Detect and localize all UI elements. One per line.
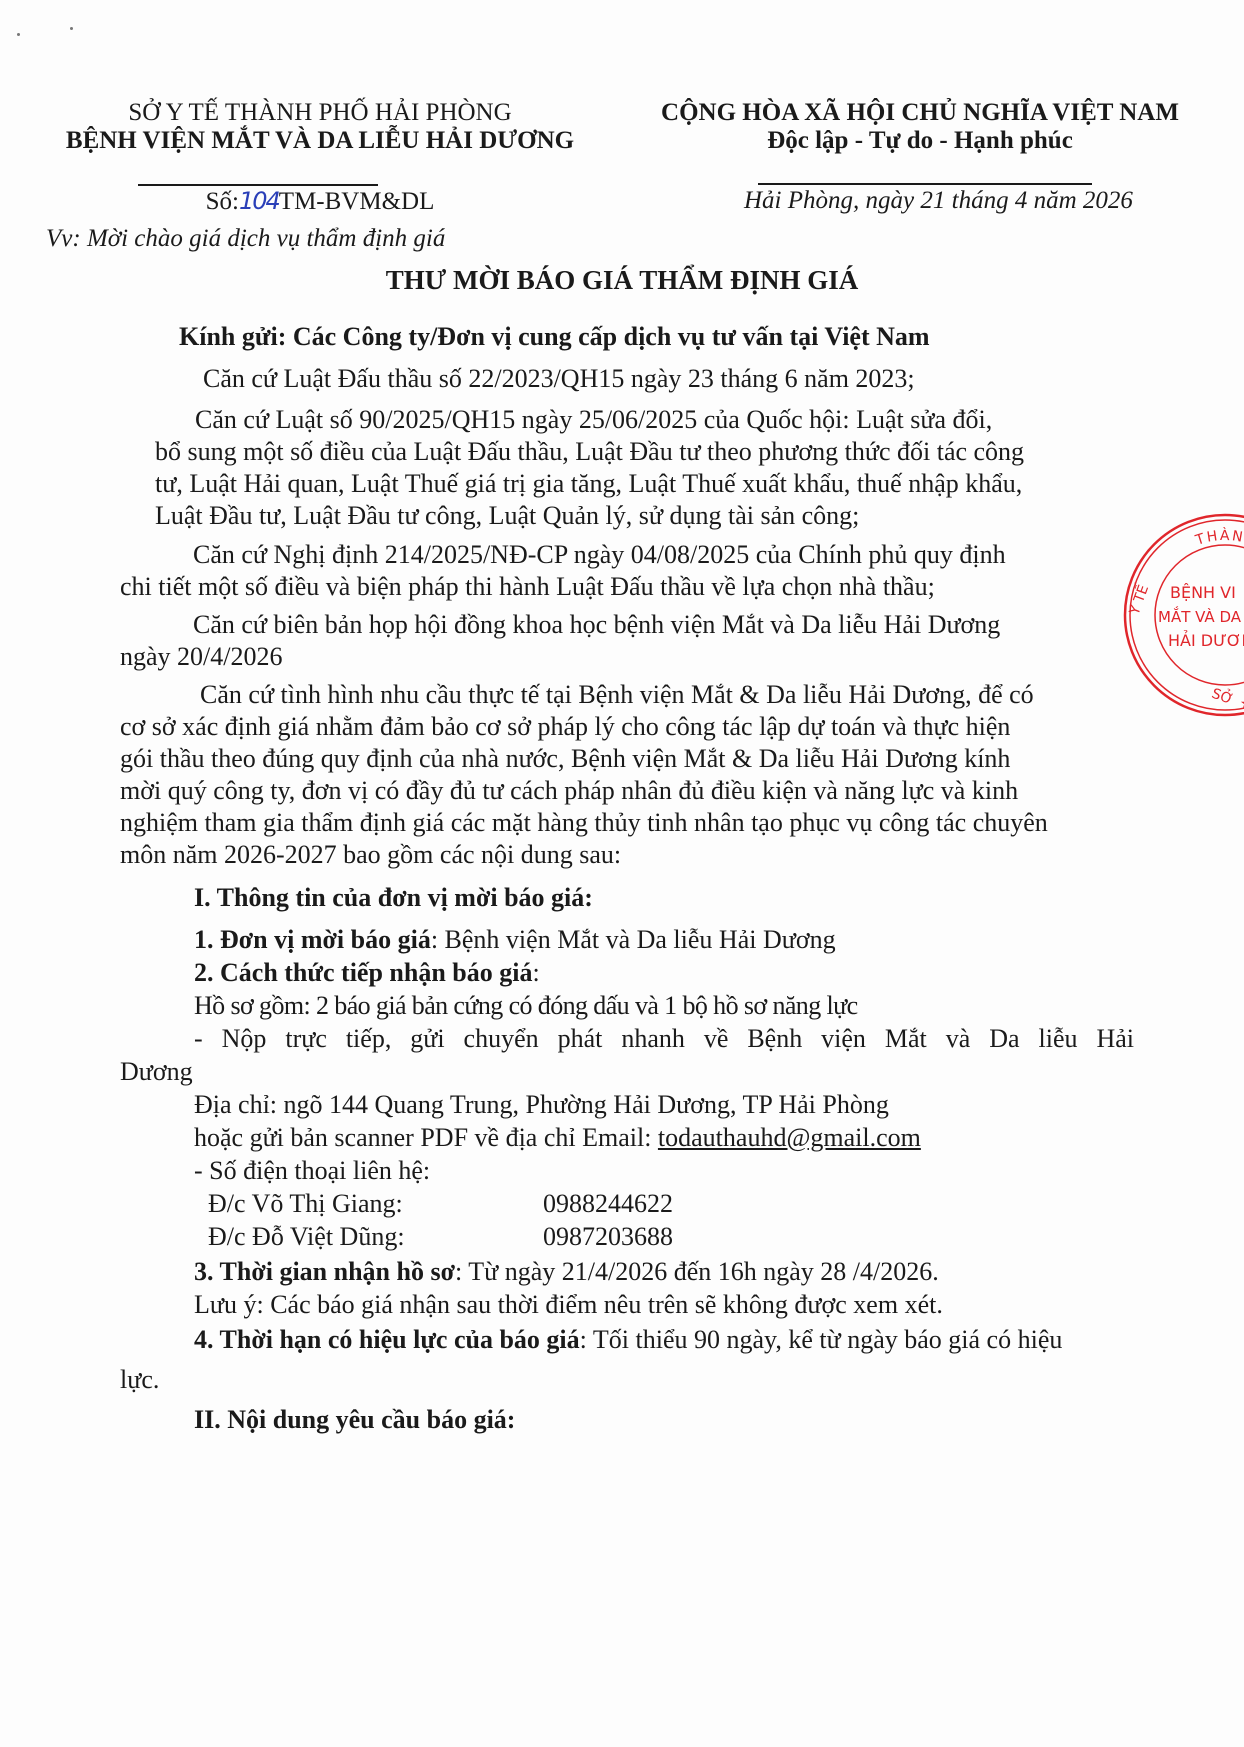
doc-number-handwritten: 104 — [239, 187, 279, 215]
email-prefix: hoặc gửi bản scanner PDF về địa chỉ Emai… — [194, 1123, 658, 1152]
legal-basis-4-line-2: ngày 20/4/2026 — [120, 642, 283, 672]
item-2-receiving-method: 2. Cách thức tiếp nhận báo giá: — [194, 958, 540, 988]
stamp-center-line-3: HẢI DƯƠI — [1168, 630, 1244, 650]
item-2-label: 2. Cách thức tiếp nhận báo giá — [194, 958, 532, 987]
legal-basis-4-line-1: Căn cứ biên bản họp hội đồng khoa học bệ… — [193, 610, 1000, 640]
legal-basis-5-line-1: Căn cứ tình hình nhu cầu thực tế tại Bện… — [200, 680, 1034, 710]
item-1-inviting-unit: 1. Đơn vị mời báo giá: Bệnh viện Mắt và … — [194, 925, 836, 955]
section-2-heading: II. Nội dung yêu cầu báo giá: — [194, 1405, 515, 1435]
legal-basis-1: Căn cứ Luật Đấu thầu số 22/2023/QH15 ngà… — [203, 364, 915, 394]
legal-basis-5-line-3: gói thầu theo đúng quy định của nhà nước… — [120, 744, 1010, 774]
item-2-value: : — [532, 958, 539, 987]
dossier-requirement: Hồ sơ gồm: 2 báo giá bản cứng có đóng dấ… — [194, 991, 858, 1021]
item-4-label: 4. Thời hạn có hiệu lực của báo giá — [194, 1325, 580, 1354]
legal-basis-2-line-4: Luật Đầu tư, Luật Đầu tư công, Luật Quản… — [155, 501, 859, 531]
note-line: Lưu ý: Các báo giá nhận sau thời điểm nê… — [194, 1290, 943, 1320]
doc-number-suffix: TM-BVM&DL — [279, 188, 435, 215]
place-date: Hải Phòng, ngày 21 tháng 4 năm 2026 — [744, 186, 1133, 216]
contact-2-phone: 0987203688 — [543, 1222, 673, 1252]
motto-underline — [758, 183, 1092, 185]
section-1-heading: I. Thông tin của đơn vị mời báo giá: — [194, 883, 593, 913]
legal-basis-5-line-2: cơ sở xác định giá nhằm đảm bảo cơ sở ph… — [120, 712, 1010, 742]
item-3-label: 3. Thời gian nhận hồ sơ — [194, 1257, 455, 1286]
item-1-label: 1. Đơn vị mời báo giá — [194, 925, 431, 954]
subject-line: Vv: Mời chào giá dịch vụ thẩm định giá — [46, 224, 445, 254]
contact-2-name: Đ/c Đỗ Việt Dũng: — [208, 1222, 405, 1252]
phone-heading: - Số điện thoại liên hệ: — [194, 1156, 430, 1186]
stamp-center-line-2: MẮT VÀ DA — [1158, 605, 1242, 626]
contact-1-name: Đ/c Võ Thị Giang: — [208, 1189, 403, 1219]
item-4-value: : Tối thiểu 90 ngày, kể từ ngày báo giá … — [580, 1325, 1063, 1354]
legal-basis-3-line-2: chi tiết một số điều và biện pháp thi hà… — [120, 572, 935, 602]
stamp-star: ★ — [1240, 696, 1244, 712]
legal-basis-5-line-5: nghiệm tham gia thẩm định giá các mặt hà… — [120, 808, 1048, 838]
item-3-value: : Từ ngày 21/4/2026 đến 16h ngày 28 /4/2… — [455, 1257, 939, 1286]
doc-number-prefix: Số: — [206, 188, 239, 215]
stamp-bottom-arc-text: SỞ — [1209, 683, 1236, 708]
item-4-validity: 4. Thời hạn có hiệu lực của báo giá: Tối… — [194, 1325, 1062, 1355]
email-link[interactable]: todauthauhd@gmail.com — [658, 1123, 921, 1152]
scan-speck — [70, 27, 73, 30]
legal-basis-2-line-3: tư, Luật Hải quan, Luật Thuế giá trị gia… — [155, 469, 1022, 499]
item-3-receiving-time: 3. Thời gian nhận hồ sơ: Từ ngày 21/4/20… — [194, 1257, 939, 1287]
legal-basis-3-line-1: Căn cứ Nghị định 214/2025/NĐ-CP ngày 04/… — [193, 540, 1006, 570]
official-seal-stamp: THÀNH Y TẾ SỞ ★ BỆNH VI MẮT VÀ DA HẢI DƯ… — [1120, 510, 1244, 720]
submission-method-line-2: Dương — [120, 1057, 193, 1087]
email-line: hoặc gửi bản scanner PDF về địa chỉ Emai… — [194, 1123, 921, 1153]
scan-speck — [17, 33, 20, 36]
address-line: Địa chỉ: ngõ 144 Quang Trung, Phường Hải… — [194, 1090, 889, 1120]
contact-1-phone: 0988244622 — [543, 1189, 673, 1219]
agency-name: SỞ Y TẾ THÀNH PHỐ HẢI PHÒNG — [40, 98, 600, 128]
document-title: THƯ MỜI BÁO GIÁ THẨM ĐỊNH GIÁ — [0, 264, 1244, 296]
country-name: CỘNG HÒA XÃ HỘI CHỦ NGHĨA VIỆT NAM — [620, 98, 1220, 128]
document-number: Số:104TM-BVM&DL — [40, 186, 600, 217]
legal-basis-2-line-1: Căn cứ Luật số 90/2025/QH15 ngày 25/06/2… — [195, 405, 992, 435]
item-4-continuation: lực. — [120, 1365, 159, 1395]
organization-name: BỆNH VIỆN MẮT VÀ DA LIỄU HẢI DƯƠNG — [40, 126, 600, 156]
stamp-center-line-1: BỆNH VI — [1170, 583, 1236, 602]
recipient-line: Kính gửi: Các Công ty/Đơn vị cung cấp dị… — [179, 322, 930, 352]
legal-basis-5-line-6: môn năm 2026-2027 bao gồm các nội dung s… — [120, 840, 621, 870]
legal-basis-5-line-4: mời quý công ty, đơn vị có đầy đủ tư các… — [120, 776, 1018, 806]
legal-basis-2-line-2: bổ sung một số điều của Luật Đấu thầu, L… — [155, 437, 1024, 467]
item-1-value: : Bệnh viện Mắt và Da liễu Hải Dương — [431, 925, 836, 954]
submission-method-line-1: - Nộp trực tiếp, gửi chuyển phát nhanh v… — [194, 1024, 1134, 1054]
national-motto: Độc lập - Tự do - Hạnh phúc — [620, 126, 1220, 156]
